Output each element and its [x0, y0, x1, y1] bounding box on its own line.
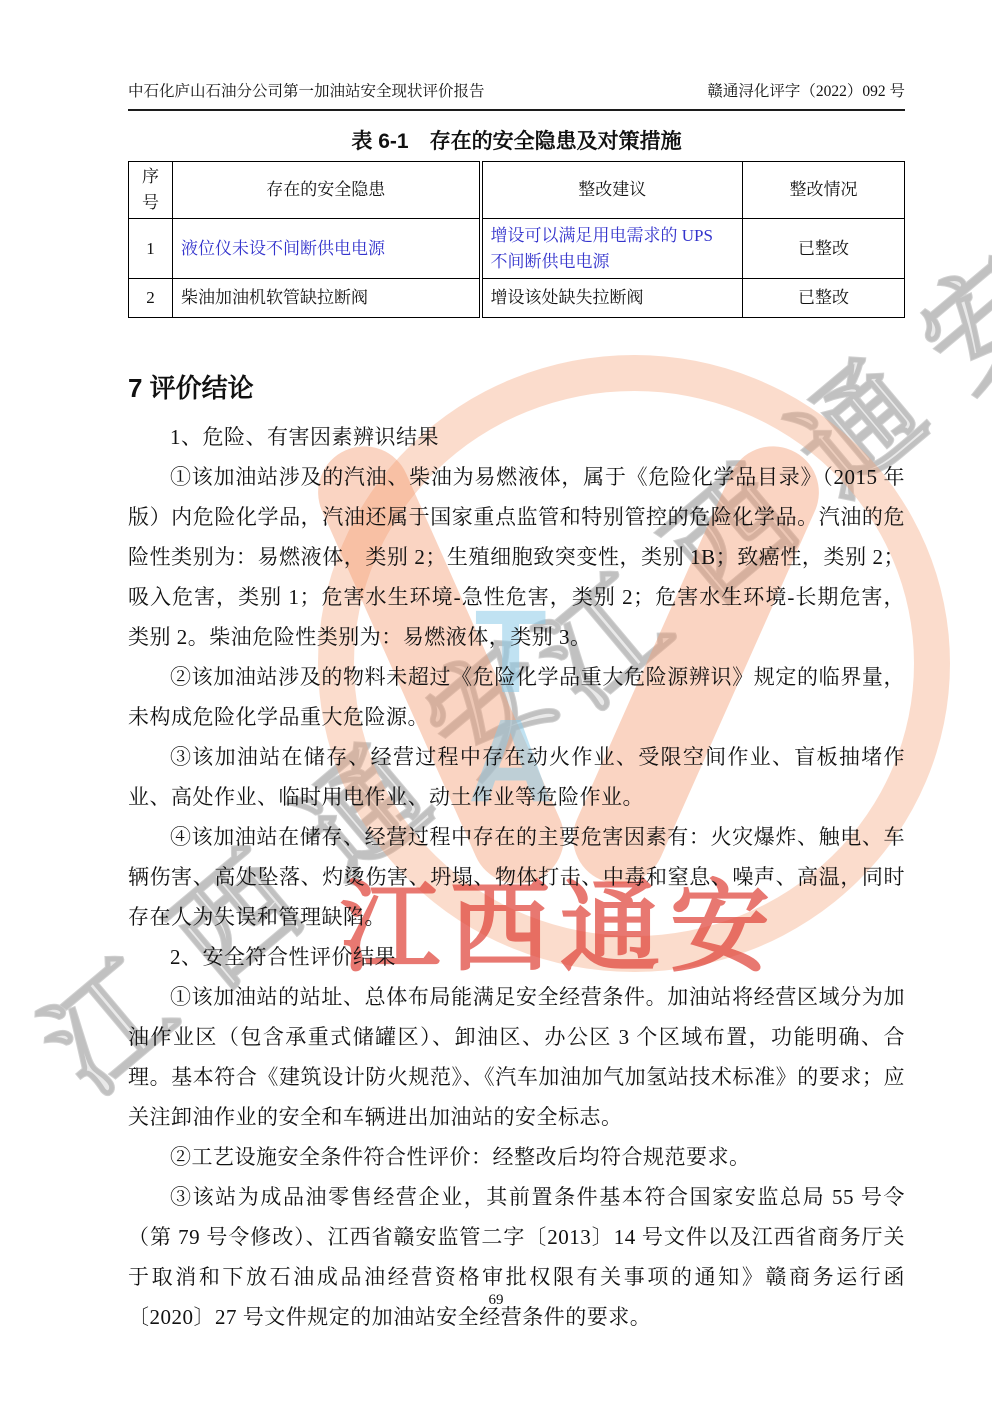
table-header-row: 序号 存在的安全隐患 整改建议 整改情况: [129, 162, 905, 219]
paragraph: ②工艺设施安全条件符合性评价：经整改后均符合规范要求。: [128, 1137, 905, 1177]
page-content: 中石化庐山石油分公司第一加油站安全现状评价报告 赣通浔化评字（2022）092 …: [0, 0, 992, 1337]
status-cell: 已整改: [743, 279, 905, 318]
paragraph: ①该加油站的站址、总体布局能满足安全经营条件。加油站将经营区域分为加油作业区（包…: [128, 977, 905, 1137]
suggestion-cell: 增设可以满足用电需求的 UPS 不间断供电电源: [481, 219, 743, 279]
table-title: 表 6-1 存在的安全隐患及对策措施: [128, 125, 905, 155]
column-header-suggestion: 整改建议: [481, 162, 743, 219]
header-report-title: 中石化庐山石油分公司第一加油站安全现状评价报告: [128, 82, 485, 102]
column-header-hazard: 存在的安全隐患: [173, 162, 481, 219]
page-header: 中石化庐山石油分公司第一加油站安全现状评价报告 赣通浔化评字（2022）092 …: [128, 82, 905, 111]
suggestion-cell: 增设该处缺失拉断阀: [481, 279, 743, 318]
section-heading: 7 评价结论: [128, 368, 905, 405]
status-cell: 已整改: [743, 219, 905, 279]
paragraph: ④该加油站在储存、经营过程中存在的主要危害因素有：火灾爆炸、触电、车辆伤害、高处…: [128, 817, 905, 937]
paragraph: 2、安全符合性评价结果: [128, 937, 905, 977]
paragraph: ②该加油站涉及的物料未超过《危险化学品重大危险源辨识》规定的临界量，未构成危险化…: [128, 657, 905, 737]
document-page: 江西通安 江西通安 T A 江西通安 中石化庐山石油分公司第一加油站安全现状评价…: [0, 0, 992, 1403]
header-document-number: 赣通浔化评字（2022）092 号: [707, 82, 905, 102]
table-row: 2 柴油加油机软管缺拉断阀 增设该处缺失拉断阀 已整改: [129, 279, 905, 318]
paragraph: ③该加油站在储存、经营过程中存在动火作业、受限空间作业、盲板抽堵作业、高处作业、…: [128, 737, 905, 817]
column-header-no: 序号: [129, 162, 173, 219]
row-number-cell: 2: [129, 279, 173, 318]
section-body: 1、危险、有害因素辨识结果 ①该加油站涉及的汽油、柴油为易燃液体，属于《危险化学…: [128, 417, 905, 1337]
paragraph: 1、危险、有害因素辨识结果: [128, 417, 905, 457]
paragraph: ③该站为成品油零售经营企业，其前置条件基本符合国家安监总局 55 号令（第 79…: [128, 1177, 905, 1337]
hazard-cell: 柴油加油机软管缺拉断阀: [173, 279, 481, 318]
row-number-cell: 1: [129, 219, 173, 279]
paragraph: ①该加油站涉及的汽油、柴油为易燃液体，属于《危险化学品目录》（2015 年版）内…: [128, 457, 905, 657]
table-row: 1 液位仪未设不间断供电电源 增设可以满足用电需求的 UPS 不间断供电电源 已…: [129, 219, 905, 279]
hazard-cell: 液位仪未设不间断供电电源: [173, 219, 481, 279]
column-header-status: 整改情况: [743, 162, 905, 219]
page-number: 69: [0, 1292, 992, 1309]
hazards-table: 序号 存在的安全隐患 整改建议 整改情况 1 液位仪未设不间断供电电源 增设可以…: [128, 161, 905, 318]
